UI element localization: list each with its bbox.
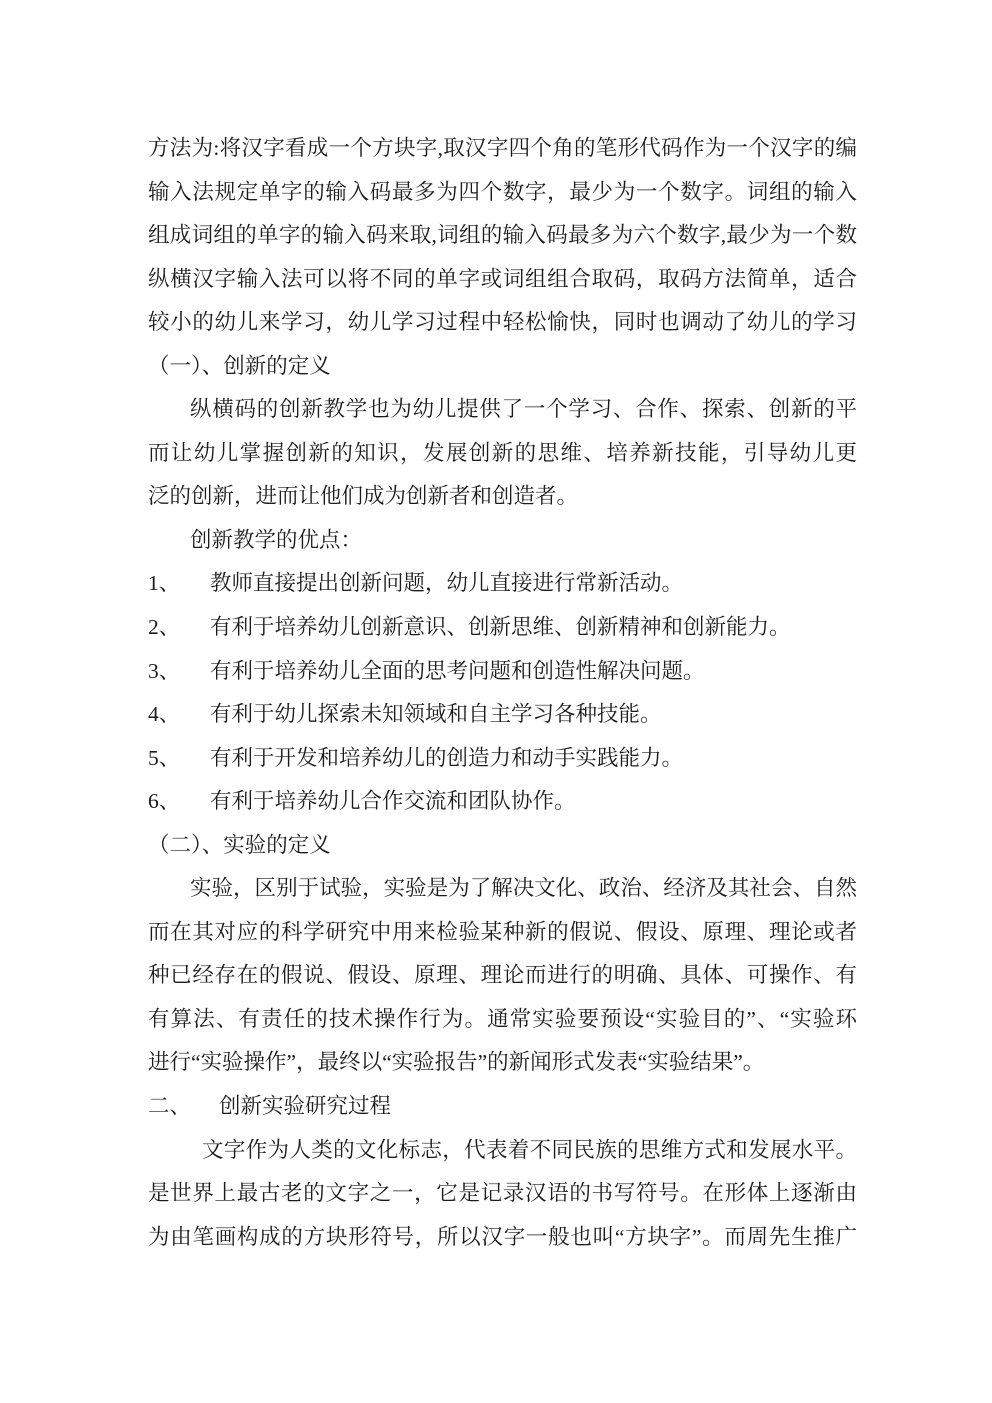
paragraph-line: 纵横码的创新教学也为幼儿提供了一个学习、合作、探索、创新的平台，从 (148, 388, 857, 432)
document-page: 方法为:将汉字看成一个方块字,取汉字四个角的笔形代码作为一个汉字的编码， 输入法… (0, 0, 992, 1403)
paragraph-line: 纵横汉字输入法可以将不同的单字或词组组合取码，取码方法简单，适合于年龄 (148, 258, 857, 302)
paragraph-line: 输入法规定单字的输入码最多为四个数字，最少为一个数字。词组的输入码根据 (148, 171, 857, 215)
paragraph-line: 是世界上最古老的文字之一，它是记录汉语的书写符号。在形体上逐渐由图形变 (148, 1172, 857, 1216)
paragraph-line: 进行“实验操作”，最终以“实验报告”的新闻形式发表“实验结果”。 (148, 1041, 857, 1085)
list-number: 3、 (148, 650, 210, 694)
section-heading-research-process: 二、 创新实验研究过程 (148, 1085, 857, 1129)
list-number: 6、 (148, 780, 210, 824)
list-item: 4、 有利于幼儿探索未知领域和自主学习各种技能。 (148, 693, 857, 737)
paragraph-line: 为由笔画构成的方块形符号，所以汉字一般也叫“方块字”。而周先生推广的“纵 (148, 1216, 857, 1260)
document-body: 方法为:将汉字看成一个方块字,取汉字四个角的笔形代码作为一个汉字的编码， 输入法… (148, 127, 857, 1259)
paragraph-line: 种已经存在的假说、假设、原理、理论而进行的明确、具体、可操作、有数据、 (148, 954, 857, 998)
paragraph-line: 实验，区别于试验，实验是为了解决文化、政治、经济及其社会、自然问题， (148, 867, 857, 911)
paragraph-line: 泛的创新，进而让他们成为创新者和创造者。 (148, 475, 857, 519)
paragraph-line: 文字作为人类的文化标志，代表着不同民族的思维方式和发展水平。汉字 (148, 1129, 857, 1173)
list-item: 2、 有利于培养幼儿创新意识、创新思维、创新精神和创新能力。 (148, 606, 857, 650)
list-text: 有利于开发和培养幼儿的创造力和动手实践能力。 (210, 737, 857, 781)
list-number: 1、 (148, 562, 210, 606)
paragraph-line: 组成词组的单字的输入码来取,词组的输入码最多为六个数字,最少为一个数字。 (148, 214, 857, 258)
list-text: 有利于幼儿探索未知领域和自主学习各种技能。 (210, 693, 857, 737)
paragraph-line: 而在其对应的科学研究中用来检验某种新的假说、假设、原理、理论或者验证某 (148, 911, 857, 955)
list-item: 1、 教师直接提出创新问题，幼儿直接进行常新活动。 (148, 562, 857, 606)
list-text: 有利于培养幼儿合作交流和团队协作。 (210, 780, 857, 824)
section-heading-innovation-definition: （一）、创新的定义 (148, 345, 857, 389)
paragraph-line: 有算法、有责任的技术操作行为。通常实验要预设“实验目的”、“实验环境”， (148, 998, 857, 1042)
paragraph-line: 较小的幼儿来学习，幼儿学习过程中轻松愉快，同时也调动了幼儿的学习兴趣。 (148, 301, 857, 345)
list-number: 4、 (148, 693, 210, 737)
section-number: 二、 (148, 1085, 219, 1129)
list-intro-line: 创新教学的优点： (148, 519, 857, 563)
list-number: 2、 (148, 606, 210, 650)
paragraph-line: 而让幼儿掌握创新的知识，发展创新的思维、培养新技能，引导幼儿更多、更广 (148, 432, 857, 476)
list-item: 6、 有利于培养幼儿合作交流和团队协作。 (148, 780, 857, 824)
list-number: 5、 (148, 737, 210, 781)
list-item: 5、 有利于开发和培养幼儿的创造力和动手实践能力。 (148, 737, 857, 781)
section-title: 创新实验研究过程 (219, 1085, 857, 1129)
list-text: 有利于培养幼儿创新意识、创新思维、创新精神和创新能力。 (210, 606, 857, 650)
paragraph-line: 方法为:将汉字看成一个方块字,取汉字四个角的笔形代码作为一个汉字的编码， (148, 127, 857, 171)
list-item: 3、 有利于培养幼儿全面的思考问题和创造性解决问题。 (148, 650, 857, 694)
list-text: 有利于培养幼儿全面的思考问题和创造性解决问题。 (210, 650, 857, 694)
section-heading-experiment-definition: （二）、实验的定义 (148, 824, 857, 868)
list-text: 教师直接提出创新问题，幼儿直接进行常新活动。 (210, 562, 857, 606)
